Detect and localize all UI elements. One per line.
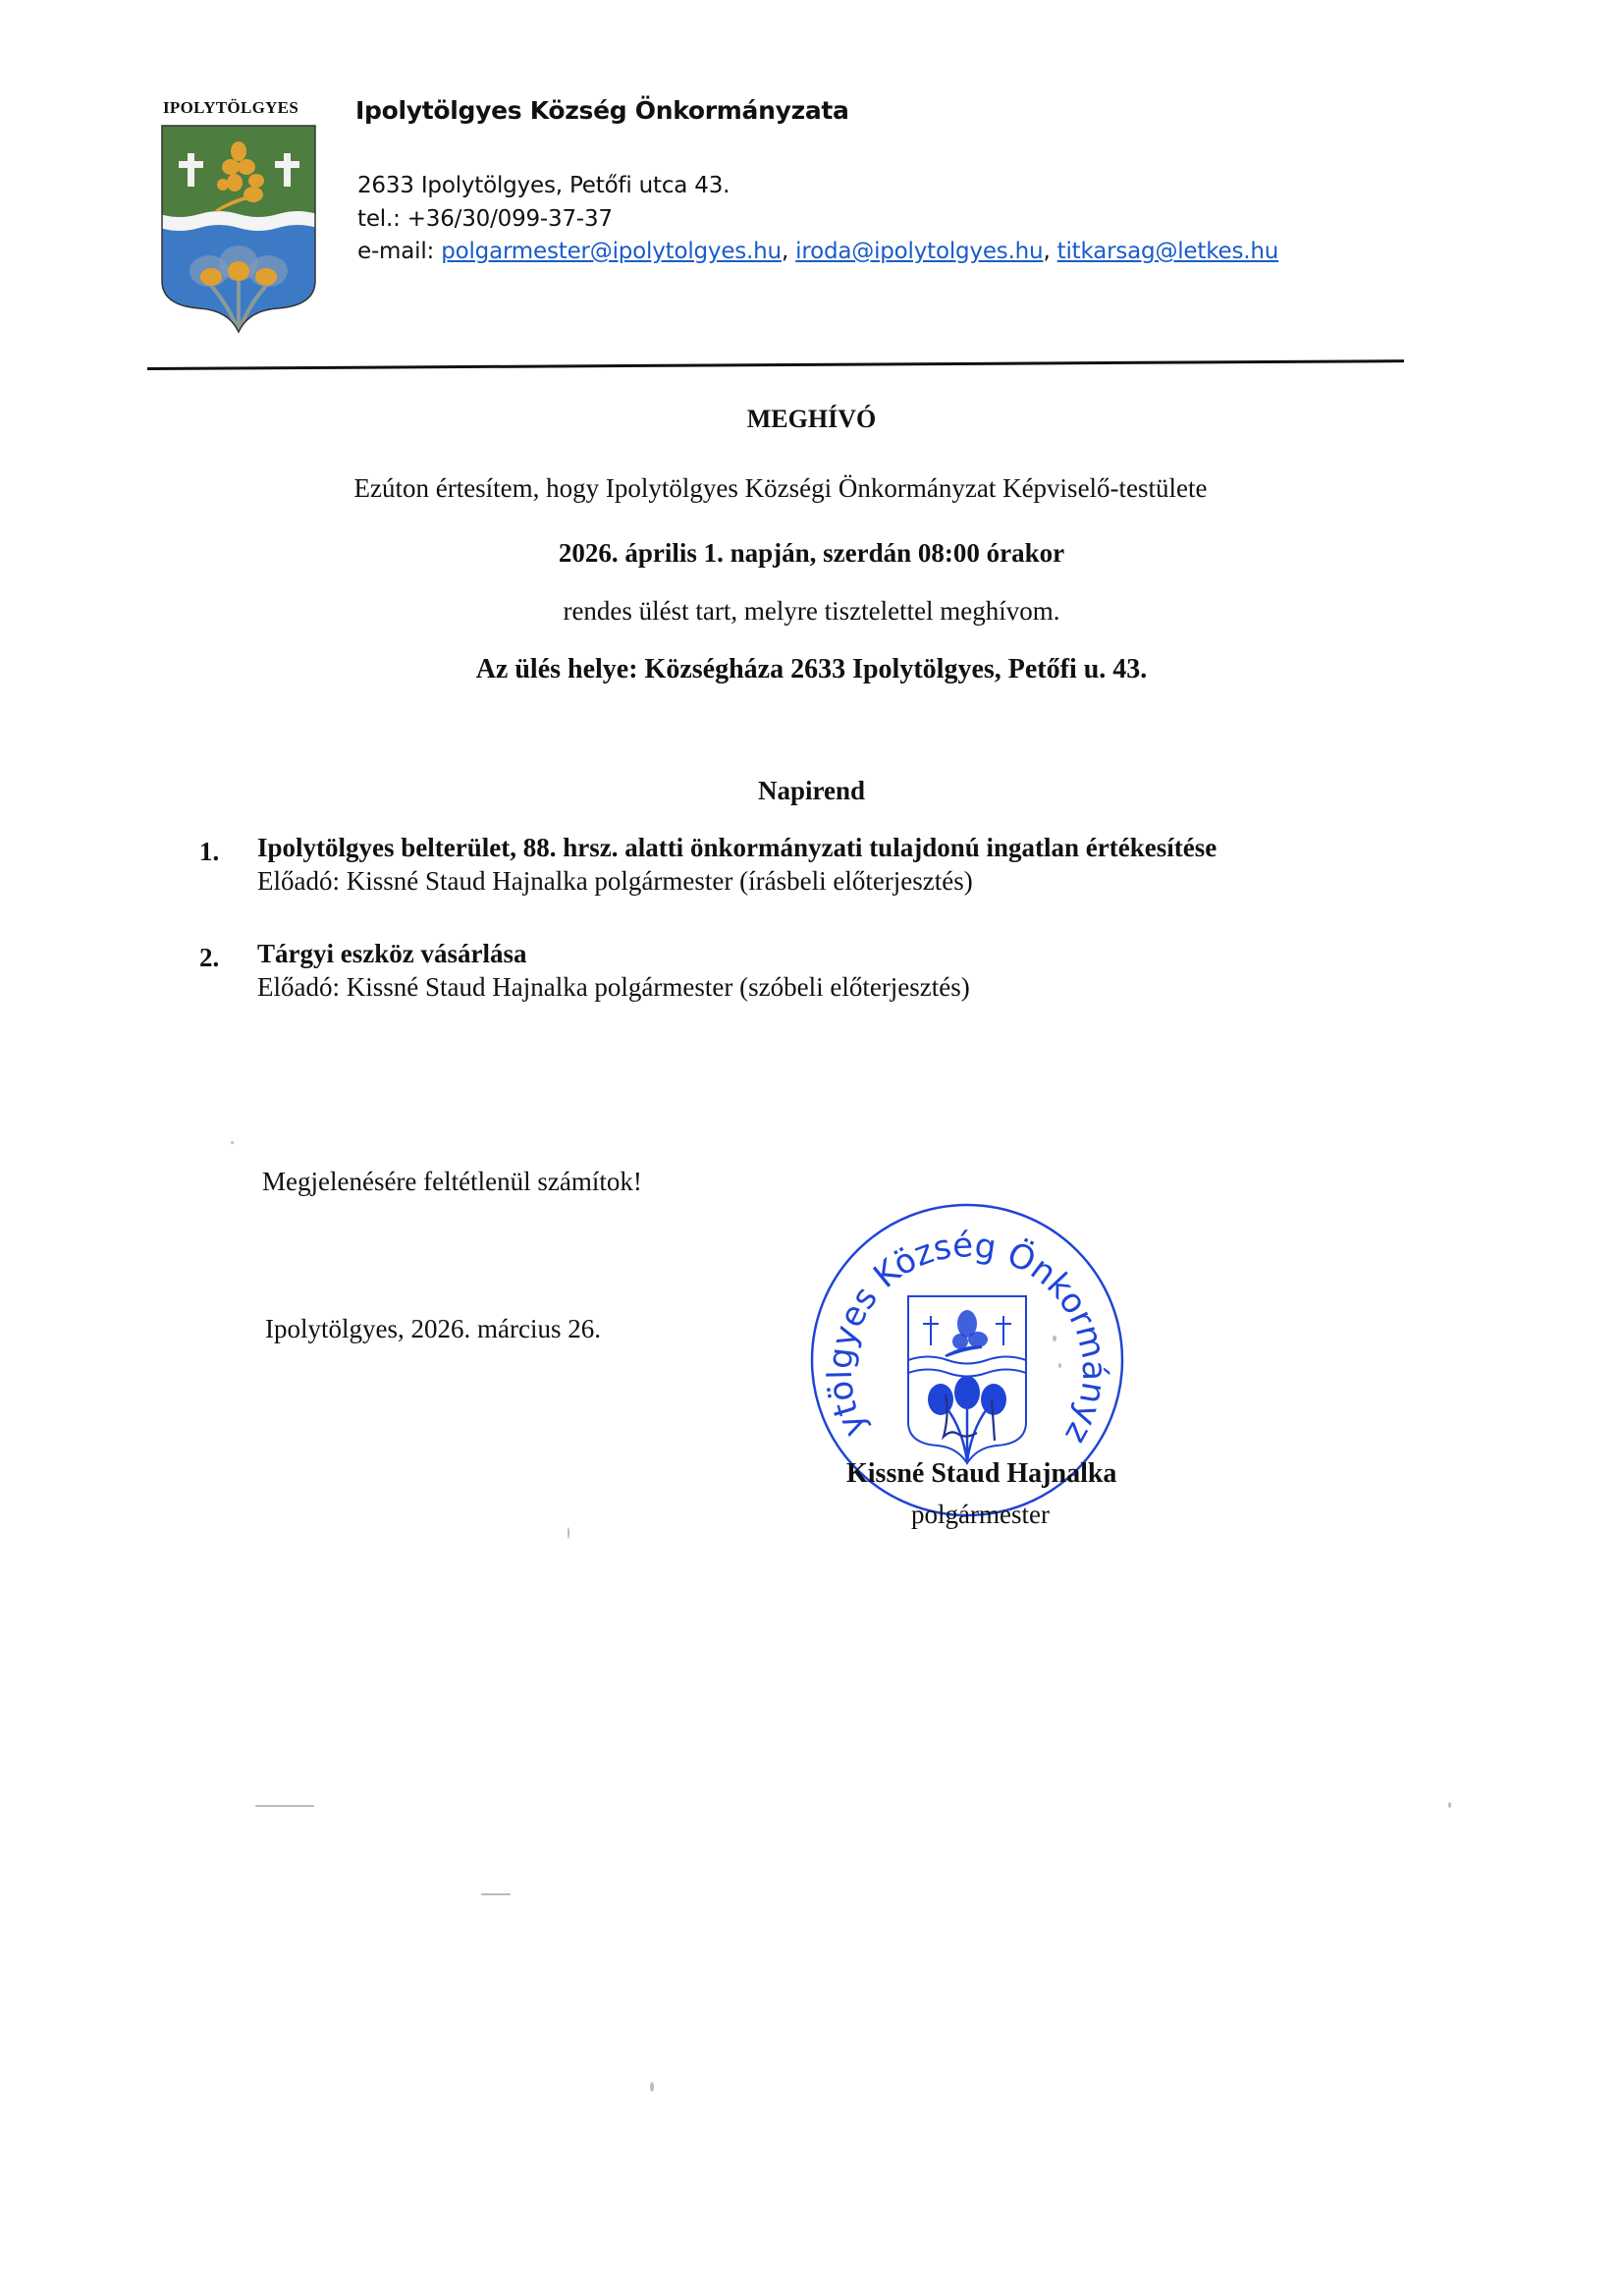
signatory-name: Kissné Staud Hajnalka	[846, 1458, 1116, 1490]
meeting-purpose: rendes ülést tart, melyre tisztelettel m…	[0, 596, 1623, 627]
email-line: e-mail: polgarmester@ipolytolgyes.hu, ir…	[357, 239, 1278, 264]
email-label: e-mail:	[357, 239, 441, 264]
email-link-mayor[interactable]: polgarmester@ipolytolgyes.hu	[441, 239, 782, 264]
scan-speck	[1058, 1363, 1061, 1368]
signatory-title: polgármester	[911, 1500, 1050, 1530]
meeting-location: Az ülés helye: Községháza 2633 Ipolytölg…	[0, 654, 1623, 685]
phone-label: tel.:	[357, 206, 407, 232]
phone-line: tel.: +36/30/099-37-37	[357, 206, 613, 232]
agenda-title: Napirend	[0, 776, 1623, 806]
agenda-item-number: 2.	[199, 943, 219, 973]
scan-speck	[255, 1805, 314, 1807]
scan-speck	[1448, 1802, 1451, 1808]
email-separator: ,	[1043, 239, 1056, 264]
scan-speck	[481, 1893, 511, 1895]
invitation-intro: Ezúton értesítem, hogy Ipolytölgyes Közs…	[290, 473, 1271, 504]
address: 2633 Ipolytölgyes, Petőfi utca 43.	[357, 173, 730, 198]
agenda-item-title: Ipolytölgyes belterület, 88. hrsz. alatt…	[257, 833, 1217, 863]
phone-number: +36/30/099-37-37	[407, 206, 613, 232]
email-link-office[interactable]: iroda@ipolytolgyes.hu	[795, 239, 1043, 264]
closing-text: Megjelenésére feltétlenül számítok!	[262, 1167, 642, 1197]
signature-mark-icon	[938, 1390, 1011, 1444]
scan-speck	[1053, 1336, 1056, 1341]
coat-of-arms-label: IPOLYTÖLGYES	[163, 98, 298, 118]
scan-speck	[231, 1141, 234, 1144]
meeting-datetime: 2026. április 1. napján, szerdán 08:00 ó…	[0, 538, 1623, 569]
agenda-item-number: 1.	[199, 837, 219, 867]
agenda-item-presenter: Előadó: Kissné Staud Hajnalka polgármest…	[257, 866, 973, 897]
email-separator: ,	[782, 239, 795, 264]
invitation-title: MEGHÍVÓ	[0, 405, 1623, 434]
header-divider	[147, 359, 1404, 370]
place-and-date: Ipolytölgyes, 2026. március 26.	[265, 1314, 601, 1344]
agenda-item-title: Tárgyi eszköz vásárlása	[257, 939, 526, 969]
coat-of-arms-icon	[160, 124, 317, 335]
agenda-item-presenter: Előadó: Kissné Staud Hajnalka polgármest…	[257, 972, 970, 1003]
scan-speck	[650, 2082, 654, 2092]
organization-name: Ipolytölgyes Község Önkormányzata	[355, 96, 849, 125]
email-link-secretariat[interactable]: titkarsag@letkes.hu	[1057, 239, 1278, 264]
scan-speck	[568, 1527, 569, 1539]
document-page: IPOLYTÖLGYES	[0, 0, 1623, 2296]
